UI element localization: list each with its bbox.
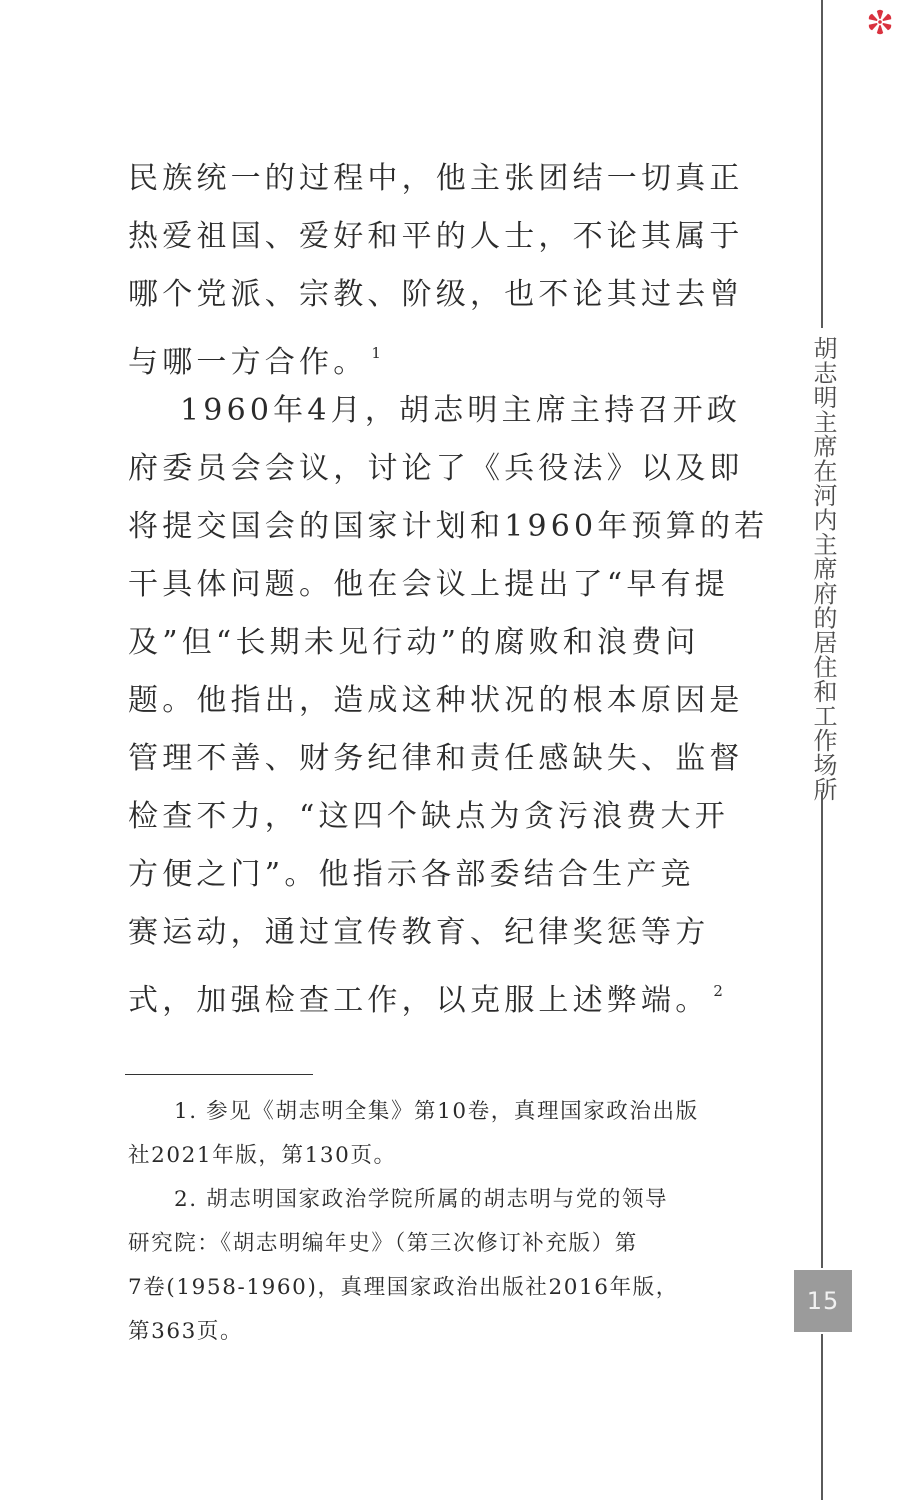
footnote-ref-1[interactable]: 1: [371, 344, 381, 362]
margin-rule-bottom: [821, 1334, 823, 1500]
body-line: 哪个党派、宗教、阶级，也不论其过去曾: [128, 266, 750, 324]
footnote-2-line: 2. 胡志明国家政治学院所属的胡志明与党的领导: [128, 1178, 750, 1222]
body-line: 式，加强检查工作，以克服上述弊端。2: [128, 962, 750, 1020]
body-line: 题。他指出，造成这种状况的根本原因是: [128, 672, 750, 730]
footnote-2-line: 第363页。: [128, 1310, 750, 1354]
body-line: 赛运动，通过宣传教育、纪律奖惩等方: [128, 904, 750, 962]
book-page: 胡志明主席在河内主席府的居住和工作场所 15 民族统一的过程中，他主张团结一切真…: [0, 0, 911, 1500]
margin-rule-middle: [821, 792, 823, 1268]
body-line: 将提交国会的国家计划和1960年预算的若: [128, 498, 750, 556]
body-line: 管理不善、财务纪律和责任感缺失、监督: [128, 730, 750, 788]
page-number: 15: [794, 1270, 852, 1332]
red-flower-emblem-icon: [867, 9, 893, 35]
footnote-separator: [125, 1074, 313, 1075]
margin-rule-top: [821, 0, 823, 328]
body-line: 与哪一方合作。1: [128, 324, 750, 382]
body-line-paragraph-start: 1960年4月，胡志明主席主持召开政: [128, 382, 750, 440]
body-text: 民族统一的过程中，他主张团结一切真正 热爱祖国、爱好和平的人士，不论其属于 哪个…: [128, 150, 750, 1020]
body-line: 民族统一的过程中，他主张团结一切真正: [128, 150, 750, 208]
body-line: 检查不力，“这四个缺点为贪污浪费大开: [128, 788, 750, 846]
running-title: 胡志明主席在河内主席府的居住和工作场所: [808, 336, 838, 802]
footnote-1-line: 1. 参见《胡志明全集》第10卷，真理国家政治出版: [128, 1090, 750, 1134]
footnotes: 1. 参见《胡志明全集》第10卷，真理国家政治出版 社2021年版，第130页。…: [128, 1090, 750, 1354]
footnote-1-line: 社2021年版，第130页。: [128, 1134, 750, 1178]
body-line: 干具体问题。他在会议上提出了“早有提: [128, 556, 750, 614]
body-line: 方便之门”。他指示各部委结合生产竞: [128, 846, 750, 904]
footnote-ref-2[interactable]: 2: [713, 982, 723, 1000]
body-line: 府委员会会议，讨论了《兵役法》以及即: [128, 440, 750, 498]
body-line: 及”但“长期未见行动”的腐败和浪费问: [128, 614, 750, 672]
body-line: 热爱祖国、爱好和平的人士，不论其属于: [128, 208, 750, 266]
footnote-2-line: 研究院：《胡志明编年史》（第三次修订补充版）第: [128, 1222, 750, 1266]
footnote-2-line: 7卷(1958-1960)，真理国家政治出版社2016年版，: [128, 1266, 750, 1310]
